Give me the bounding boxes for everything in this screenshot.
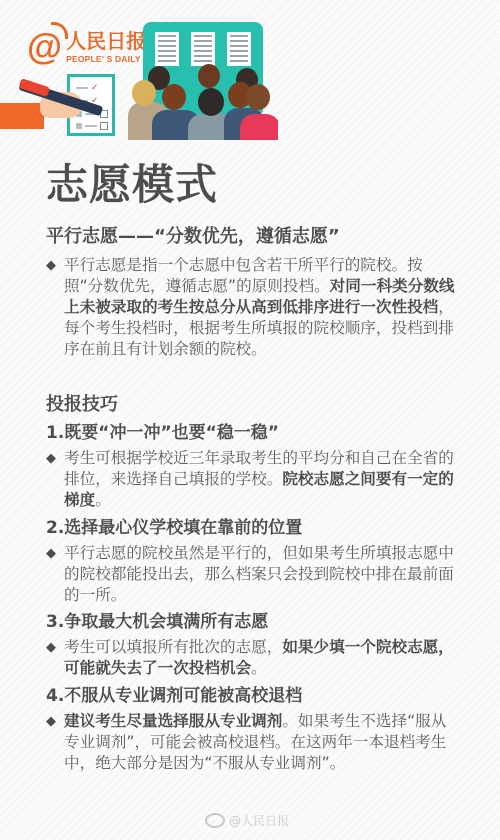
weibo-watermark: @人民日报 [205,812,289,829]
section-heading-parallel: 平行志愿——“分数优先，遵循志愿” [46,224,340,250]
at-icon: @ [27,30,62,64]
diamond-bullet-icon: ◆ [46,448,56,469]
weibo-icon [205,813,225,828]
tip-title-1: 1.既要“冲一冲”也要“稳一稳” [46,420,279,446]
page-title: 志愿模式 [46,160,218,210]
crowd-illustration [128,58,278,140]
header-banner: @ 人民日报 PEOPLE' S DAILY ✓ ✓ [0,0,500,140]
tip-title-4: 4.不服从专业调剂可能被高校退档 [46,683,302,709]
tip-title-2: 2.选择最心仪学校填在靠前的位置 [46,515,302,541]
logo-name-cn: 人民日报 [66,30,146,52]
tip-text-3: ◆ 考生可以填报所有批次的志愿，如果少填一个院校志愿，可能就失去了一次投档机会。 [46,637,456,679]
parallel-description: ◆ 平行志愿是指一个志愿中包含若干所平行的院校。按照“分数优先，遵循志愿”的原则… [46,255,456,360]
signal-wave-icon [51,22,68,39]
diamond-bullet-icon: ◆ [46,543,56,564]
arm-illustration [0,103,44,129]
section-heading-tips: 投报技巧 [46,392,118,418]
tip-text-1: ◆ 考生可根据学校近三年录取考生的平均分和自己在全省的排位，来选择自己填报的学校… [46,448,456,511]
tip-text-4: ◆ 建议考生尽量选择服从专业调剂。如果考生不选择“服从专业调剂”，可能会被高校退… [46,711,456,774]
diamond-bullet-icon: ◆ [46,255,56,276]
watermark-text: @人民日报 [229,812,289,829]
tip-title-3: 3.争取最大机会填满所有志愿 [46,609,268,635]
diamond-bullet-icon: ◆ [46,637,56,658]
check-icon: ✓ [91,84,99,92]
diamond-bullet-icon: ◆ [46,711,56,732]
tip-text-2: ◆ 平行志愿的院校虽然是平行的，但如果考生所填报志愿中的院校都能投出去，那么档案… [46,543,456,606]
